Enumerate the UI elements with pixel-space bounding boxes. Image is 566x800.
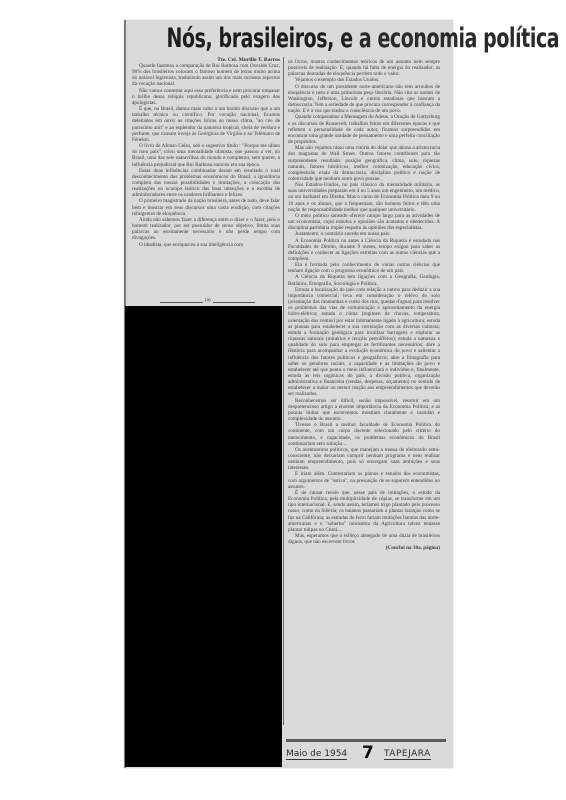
footer-rule — [286, 739, 446, 742]
paragraph: É que, no Brasil, damos mais valor a um … — [132, 106, 280, 143]
paragraph: Essas duas influências combinadas deram … — [132, 168, 280, 199]
paragraph: O livro de Afonso Celso, sob o sugestivo… — [132, 143, 280, 168]
paragraph: Não vamos contestar aqui essa preferênci… — [132, 88, 280, 106]
issue-date: Maio de 1954 — [286, 749, 347, 760]
paragraph: É de causar receio que, nesse país de im… — [288, 490, 440, 533]
paragraph: Nos Estados-Unidos, no país clássico da … — [288, 182, 440, 213]
section-marker: (a) — [203, 298, 213, 303]
article-column-right: os livros, mostra conhecimentos teóricos… — [288, 59, 440, 552]
paragraph: O meio político saneado oferece campo la… — [288, 213, 440, 231]
paragraph: A Ciência da Riqueza tem ligações com a … — [288, 274, 440, 286]
paragraph: Quando fazemos a comparação de Rui Barbo… — [132, 63, 280, 88]
article-column-left: Quando fazemos a comparação de Rui Barbo… — [132, 63, 280, 248]
redacted-block — [125, 306, 282, 767]
paragraph: Ainda não sabemos fazer a diferença entr… — [132, 217, 280, 242]
article-title: Nós, brasileiros, e a economia política — [167, 22, 412, 56]
paragraph: O primeiro magistrado da nação brasileir… — [132, 198, 280, 216]
paragraph: Mas não vejamos nisso uma vitória do dól… — [288, 145, 440, 182]
article-title-part2: a economia política — [353, 23, 560, 54]
paragraph: Quando comparamos a Mensagem do Adeus, a… — [288, 114, 440, 145]
page-footer: Maio de 1954 7 TAPEJARA — [286, 745, 446, 765]
paragraph: O discurso de um presidente norte-americ… — [288, 84, 440, 115]
publication-name: TAPEJARA — [384, 749, 431, 760]
column-divider — [283, 57, 284, 725]
continued-note: (Conclui na 10a. página) — [288, 545, 440, 551]
page-number: 7 — [362, 743, 374, 763]
paragraph: O idealista, que enriqueceu a sua inteli… — [132, 242, 280, 248]
paragraph: Reconhecemos ser difícil, senão impossív… — [288, 398, 440, 423]
paragraph: Mas, esperamos que o esfôrço abnegado de… — [288, 533, 440, 545]
paragraph: Tivesse o Brasil a melhor faculdade de E… — [288, 422, 440, 447]
paragraph: A Economia Política ou antes a Ciência d… — [288, 238, 440, 263]
paragraph: Ela é formada pelo conhecimento de vária… — [288, 262, 440, 274]
paragraph: Estuda a localização do país com relação… — [288, 287, 440, 398]
paragraph: E iriam além. Contestariam os planos e e… — [288, 471, 440, 489]
paragraph: Os aventureiros políticos, que manejam a… — [288, 447, 440, 472]
article-title-part1: Nós, brasileiros, e — [167, 23, 353, 54]
paragraph: os livros, mostra conhecimentos teóricos… — [288, 59, 440, 77]
